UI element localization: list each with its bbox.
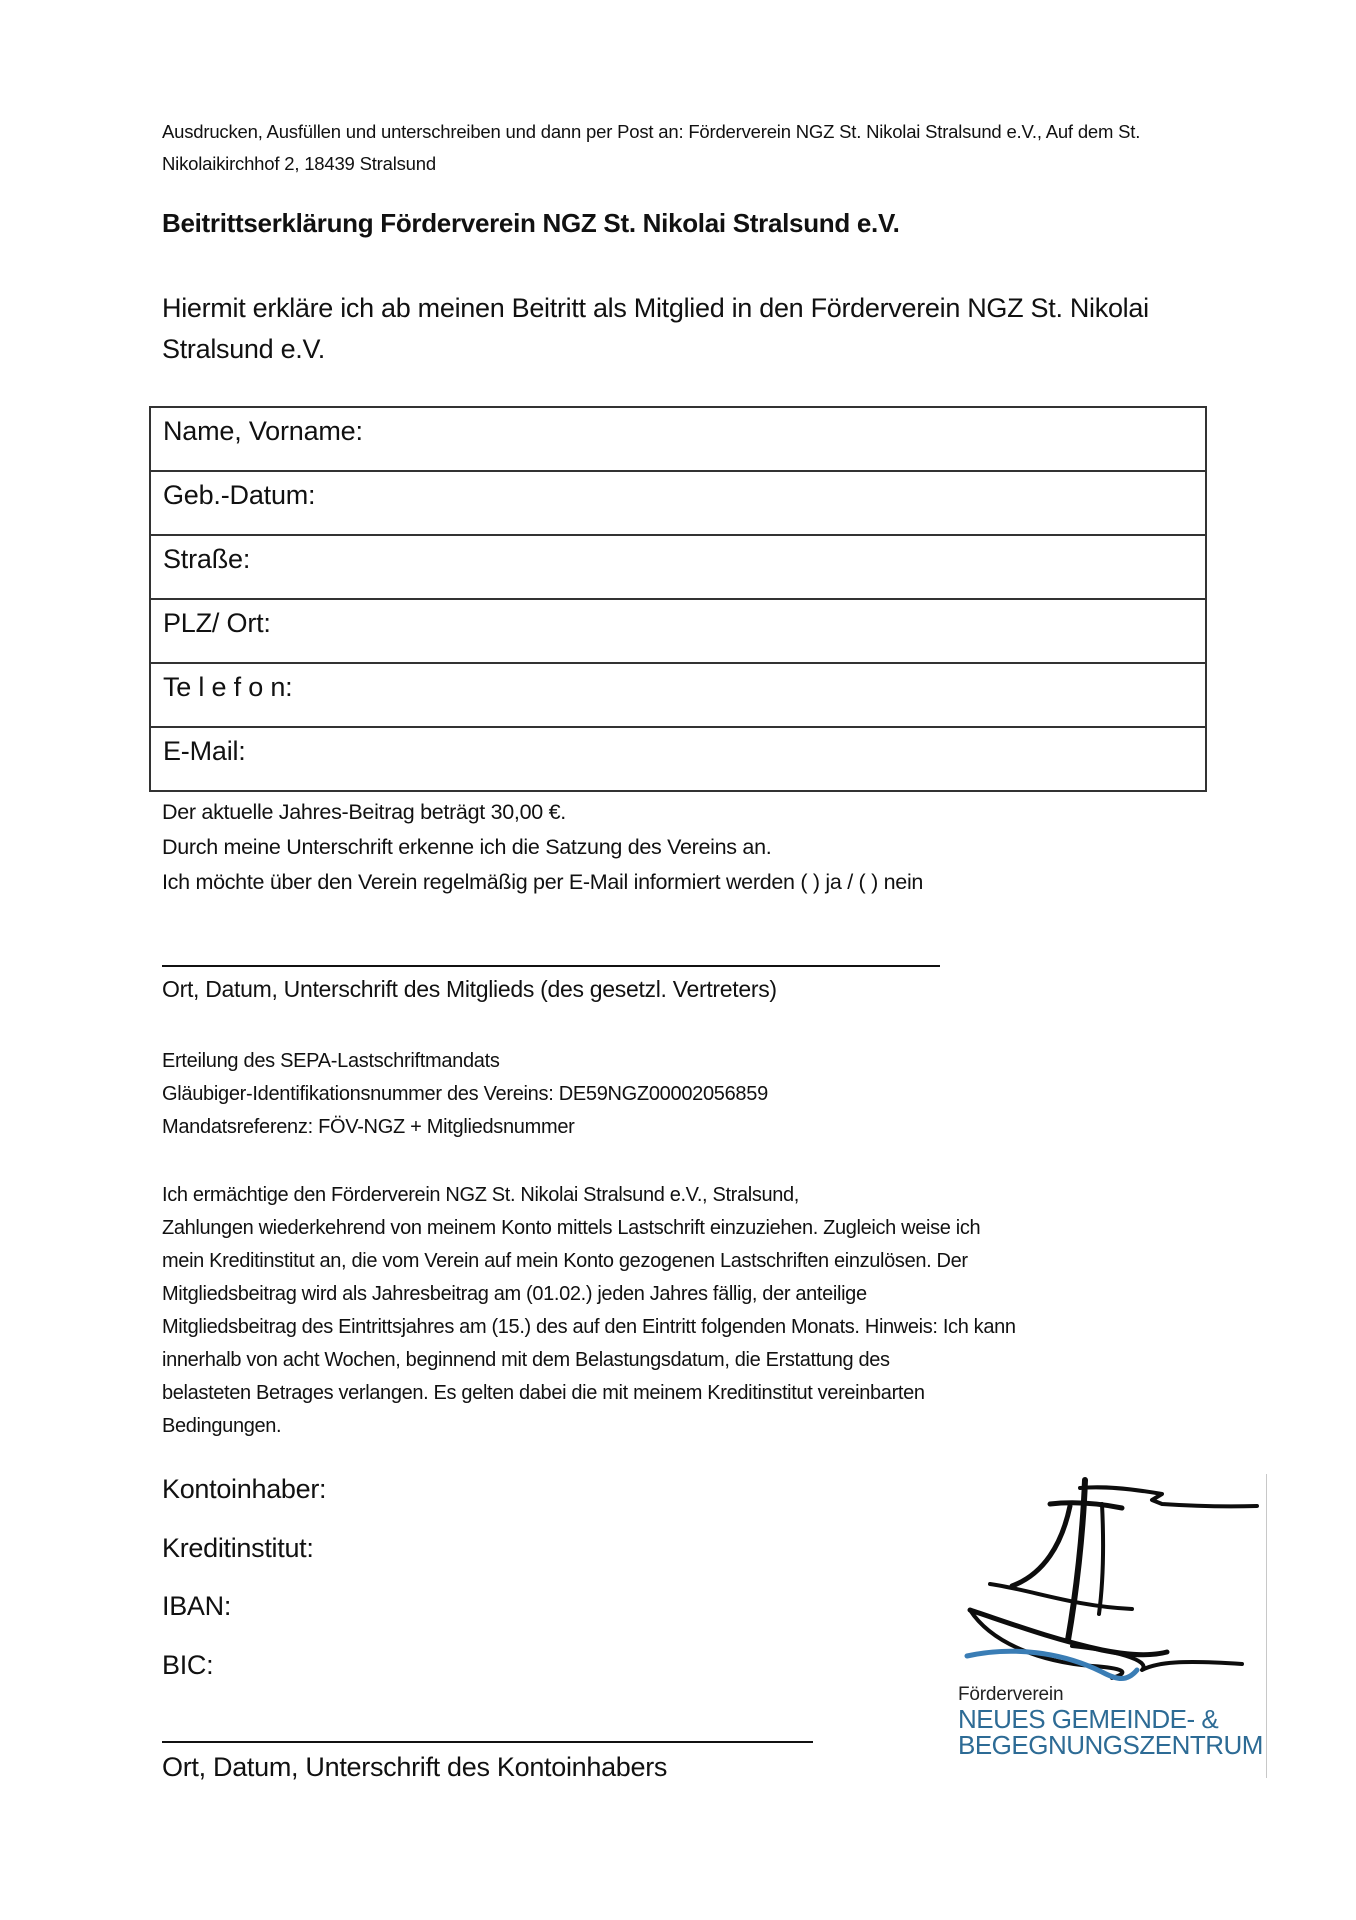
association-logo: Förderverein NEUES GEMEINDE- & BEGEGNUNG… — [952, 1474, 1272, 1780]
logo-small-text: Förderverein — [958, 1684, 1063, 1706]
zip-city-input[interactable] — [271, 608, 1205, 662]
street-input[interactable] — [250, 544, 1205, 598]
field-zip-city[interactable]: PLZ/ Ort: — [151, 600, 1205, 664]
authorization-line: Zahlungen wiederkehrend von meinem Konto… — [162, 1212, 1222, 1245]
authorization-line: Mitgliedsbeitrag des Eintrittsjahres am … — [162, 1311, 1222, 1344]
field-bic[interactable]: BIC: — [162, 1650, 926, 1709]
fee-note: Der aktuelle Jahres-Beitrag beträgt 30,0… — [162, 795, 923, 830]
phone-input[interactable] — [292, 672, 1205, 726]
sailboat-icon — [952, 1474, 1262, 1684]
member-signature-line[interactable] — [162, 965, 940, 967]
bank-details: Kontoinhaber: Kreditinstitut: IBAN: BIC: — [162, 1474, 926, 1708]
bank-input[interactable] — [314, 1533, 914, 1573]
field-label: IBAN: — [162, 1591, 231, 1622]
field-label: BIC: — [162, 1650, 213, 1681]
account-holder-signature-caption: Ort, Datum, Unterschrift des Kontoinhabe… — [162, 1752, 667, 1783]
bic-input[interactable] — [213, 1650, 813, 1690]
field-label: E-Mail: — [163, 736, 246, 767]
membership-notes: Der aktuelle Jahres-Beitrag beträgt 30,0… — [162, 795, 923, 900]
mailing-instruction: Ausdrucken, Ausfüllen und unterschreiben… — [162, 116, 1162, 180]
field-label: Straße: — [163, 544, 250, 575]
authorization-line: belasteten Betrages verlangen. Es gelten… — [162, 1377, 1222, 1410]
field-label: Kontoinhaber: — [162, 1474, 326, 1505]
field-label: Geb.-Datum: — [163, 480, 315, 511]
sepa-heading: Erteilung des SEPA-Lastschriftmandats — [162, 1045, 768, 1078]
field-birthdate[interactable]: Geb.-Datum: — [151, 472, 1205, 536]
name-input[interactable] — [363, 416, 1205, 470]
field-account-holder[interactable]: Kontoinhaber: — [162, 1474, 926, 1533]
field-street[interactable]: Straße: — [151, 536, 1205, 600]
logo-divider — [1266, 1474, 1267, 1778]
sepa-authorization-text: Ich ermächtige den Förderverein NGZ St. … — [162, 1179, 1222, 1443]
email-input[interactable] — [246, 736, 1205, 790]
authorization-line: Bedingungen. — [162, 1410, 1222, 1443]
logo-line-1: NEUES GEMEINDE- & — [958, 1706, 1218, 1732]
birthdate-input[interactable] — [315, 480, 1205, 534]
field-phone[interactable]: Te l e f o n: — [151, 664, 1205, 728]
page-title: Beitrittserklärung Förderverein NGZ St. … — [162, 208, 900, 239]
iban-input[interactable] — [231, 1591, 831, 1631]
member-signature-caption: Ort, Datum, Unterschrift des Mitglieds (… — [162, 976, 777, 1003]
statutes-note: Durch meine Unterschrift erkenne ich die… — [162, 830, 923, 865]
sepa-header: Erteilung des SEPA-Lastschriftmandats Gl… — [162, 1045, 768, 1144]
account-holder-input[interactable] — [326, 1474, 926, 1514]
authorization-line: Ich ermächtige den Förderverein NGZ St. … — [162, 1179, 1222, 1212]
authorization-line: innerhalb von acht Wochen, beginnend mit… — [162, 1344, 1222, 1377]
membership-declaration: Hiermit erkläre ich ab meinen Beitritt a… — [162, 288, 1222, 370]
logo-line-2: BEGEGNUNGSZENTRUM — [958, 1732, 1263, 1758]
account-holder-signature-line[interactable] — [162, 1741, 813, 1743]
field-bank[interactable]: Kreditinstitut: — [162, 1533, 926, 1592]
authorization-line: Mitgliedsbeitrag wird als Jahresbeitrag … — [162, 1278, 1222, 1311]
email-optin-note[interactable]: Ich möchte über den Verein regelmäßig pe… — [162, 865, 923, 900]
field-iban[interactable]: IBAN: — [162, 1591, 926, 1650]
field-email[interactable]: E-Mail: — [151, 728, 1205, 790]
field-label: PLZ/ Ort: — [163, 608, 271, 639]
mandate-reference: Mandatsreferenz: FÖV-NGZ + Mitgliedsnumm… — [162, 1111, 768, 1144]
field-label: Te l e f o n: — [163, 672, 292, 703]
field-label: Name, Vorname: — [163, 416, 363, 447]
member-details-table: Name, Vorname: Geb.-Datum: Straße: PLZ/ … — [149, 406, 1207, 792]
field-name[interactable]: Name, Vorname: — [151, 408, 1205, 472]
field-label: Kreditinstitut: — [162, 1533, 314, 1564]
creditor-id: Gläubiger-Identifikationsnummer des Vere… — [162, 1078, 768, 1111]
authorization-line: mein Kreditinstitut an, die vom Verein a… — [162, 1245, 1222, 1278]
